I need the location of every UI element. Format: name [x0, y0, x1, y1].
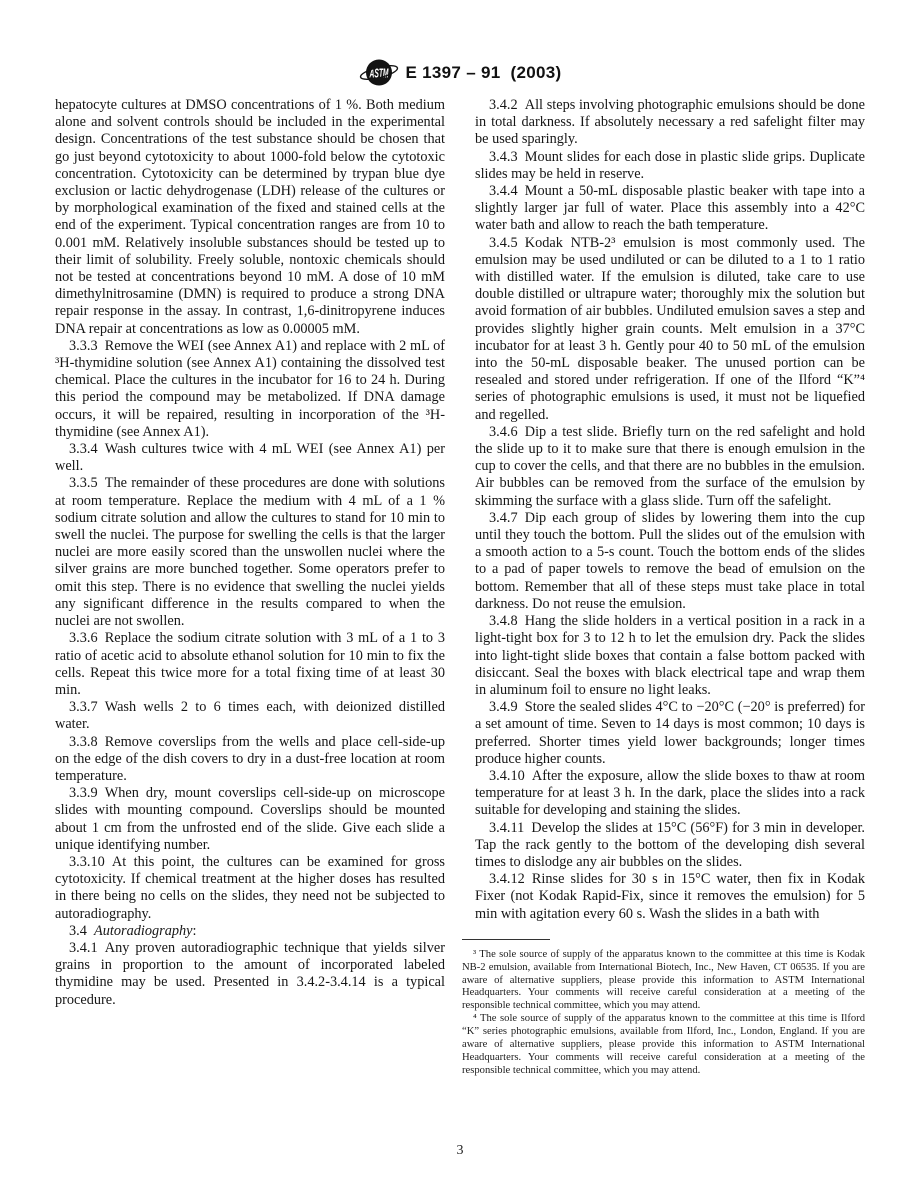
paragraph-3-3-5: 3.3.5 The remainder of these procedures … [55, 475, 445, 630]
paragraph-3-3-6: 3.3.6 Replace the sodium citrate solutio… [55, 630, 445, 699]
paragraph-3-4-3: 3.4.3 Mount slides for each dose in plas… [475, 149, 865, 183]
paragraph-3-4-11: 3.4.11 Develop the slides at 15°C (56°F)… [475, 820, 865, 872]
paragraph-3-4-7: 3.4.7 Dip each group of slides by loweri… [475, 510, 865, 613]
paragraph-3-4-12: 3.4.12 Rinse slides for 30 s in 15°C wat… [475, 871, 865, 923]
left-column: hepatocyte cultures at DMSO concentratio… [55, 97, 445, 1009]
footnote-rule [462, 939, 550, 940]
paragraph-3-4-5: 3.4.5 Kodak NTB-2³ emulsion is most comm… [475, 235, 865, 424]
paragraph-3-3-10: 3.3.10 At this point, the cultures can b… [55, 854, 445, 923]
footnote-3: ³ The sole source of supply of the appar… [462, 949, 865, 1014]
document-page: ASTM E 1397 – 91 (2003) hepatocyte cultu… [0, 0, 920, 1191]
paragraph-3-3-3: 3.3.3 Remove the WEI (see Annex A1) and … [55, 338, 445, 441]
paragraph-3-3-9: 3.3.9 When dry, mount coverslips cell-si… [55, 785, 445, 854]
paragraph-continuation: hepatocyte cultures at DMSO concentratio… [55, 97, 445, 338]
right-column: 3.4.2 All steps involving photographic e… [475, 97, 865, 1078]
heading-3-4-autoradiography: 3.4 Autoradiography: [55, 923, 445, 940]
paragraph-3-4-8: 3.4.8 Hang the slide holders in a vertic… [475, 613, 865, 699]
paragraph-3-4-10: 3.4.10 After the exposure, allow the sli… [475, 768, 865, 820]
paragraph-3-4-6: 3.4.6 Dip a test slide. Briefly turn on … [475, 424, 865, 510]
paragraph-3-4-2: 3.4.2 All steps involving photographic e… [475, 97, 865, 149]
footnote-4: ⁴ The sole source of supply of the appar… [462, 1013, 865, 1078]
section-suffix: : [193, 923, 197, 939]
paragraph-3-4-4: 3.4.4 Mount a 50-mL disposable plastic b… [475, 183, 865, 235]
paragraph-3-4-1: 3.4.1 Any proven autoradiographic techni… [55, 940, 445, 1009]
astm-logo-icon: ASTM [359, 56, 399, 89]
paragraph-3-3-4: 3.3.4 Wash cultures twice with 4 mL WEI … [55, 441, 445, 475]
doc-code: E 1397 – 91 (2003) [406, 63, 562, 83]
document-header: ASTM E 1397 – 91 (2003) [0, 56, 920, 89]
paragraph-3-3-7: 3.3.7 Wash wells 2 to 6 times each, with… [55, 699, 445, 733]
footnotes-section: ³ The sole source of supply of the appar… [462, 939, 865, 1078]
page-number: 3 [0, 1143, 920, 1159]
paragraph-3-3-8: 3.3.8 Remove coverslips from the wells a… [55, 734, 445, 786]
paragraph-3-4-9: 3.4.9 Store the sealed slides 4°C to −20… [475, 699, 865, 768]
section-number: 3.4 [69, 923, 94, 939]
section-title: Autoradiography [94, 923, 193, 939]
